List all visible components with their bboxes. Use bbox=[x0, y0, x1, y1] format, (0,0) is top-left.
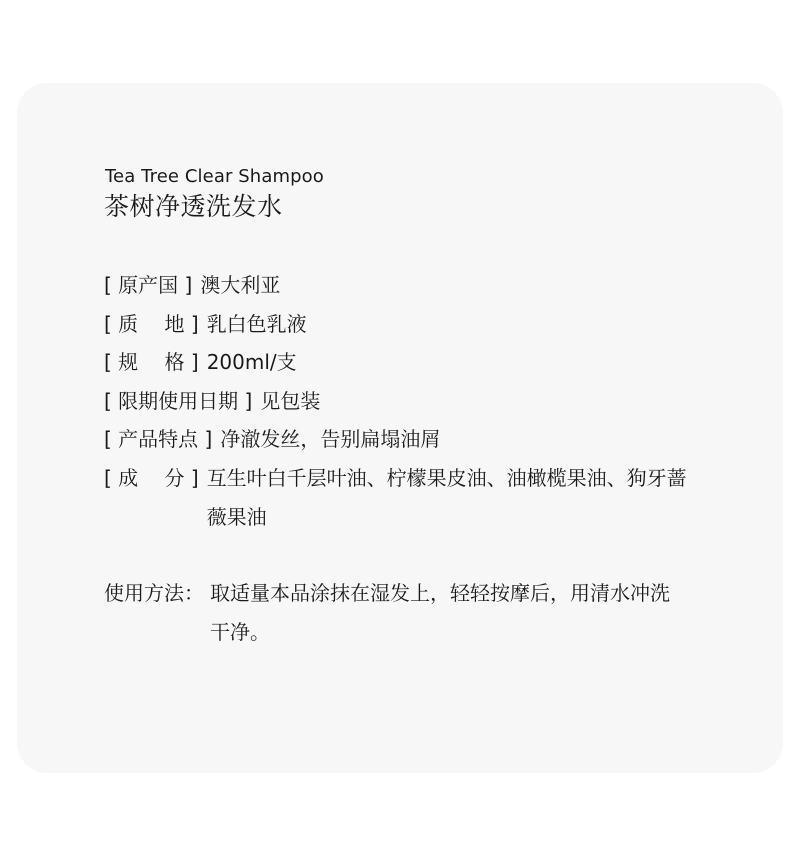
spec-value: 乳白色乳液 bbox=[207, 305, 307, 344]
spec-label: [ 质 地 ] bbox=[104, 305, 199, 344]
spec-row-ingredients: [ 成 分 ] 互生叶白千层叶油、柠檬果皮油、油橄榄果油、狗牙蔷薇果油 bbox=[104, 459, 687, 536]
product-name-chinese: 茶树净透洗发水 bbox=[104, 190, 283, 224]
spec-value: 净澈发丝，告别扁塌油屑 bbox=[220, 420, 440, 459]
spec-row-expiry: [ 限期使用日期 ] 见包装 bbox=[104, 382, 687, 421]
usage-text: 取适量本品涂抹在湿发上，轻轻按摩后，用清水冲洗干净。 bbox=[210, 574, 686, 651]
spec-value: 互生叶白千层叶油、柠檬果皮油、油橄榄果油、狗牙蔷薇果油 bbox=[207, 459, 687, 536]
usage-label: 使用方法： bbox=[104, 574, 204, 651]
spec-label: [ 规 格 ] bbox=[104, 343, 199, 382]
spec-label: [ 成 分 ] bbox=[104, 459, 199, 536]
spec-label: [ 产品特点 ] bbox=[104, 420, 212, 459]
spec-row-features: [ 产品特点 ] 净澈发丝，告别扁塌油屑 bbox=[104, 420, 687, 459]
spec-row-origin: [ 原产国 ] 澳大利亚 bbox=[104, 266, 687, 305]
spec-list: [ 原产国 ] 澳大利亚 [ 质 地 ] 乳白色乳液 [ 规 格 ] 200ml… bbox=[104, 266, 687, 536]
spec-value: 200ml/支 bbox=[207, 343, 297, 382]
spec-row-size: [ 规 格 ] 200ml/支 bbox=[104, 343, 687, 382]
product-name-english: Tea Tree Clear Shampoo bbox=[105, 165, 324, 189]
spec-label: [ 原产国 ] bbox=[104, 266, 192, 305]
spec-label: [ 限期使用日期 ] bbox=[104, 382, 252, 421]
spec-value: 见包装 bbox=[260, 382, 320, 421]
spec-row-texture: [ 质 地 ] 乳白色乳液 bbox=[104, 305, 687, 344]
usage-instructions: 使用方法： 取适量本品涂抹在湿发上，轻轻按摩后，用清水冲洗干净。 bbox=[104, 574, 686, 651]
spec-value: 澳大利亚 bbox=[200, 266, 280, 305]
